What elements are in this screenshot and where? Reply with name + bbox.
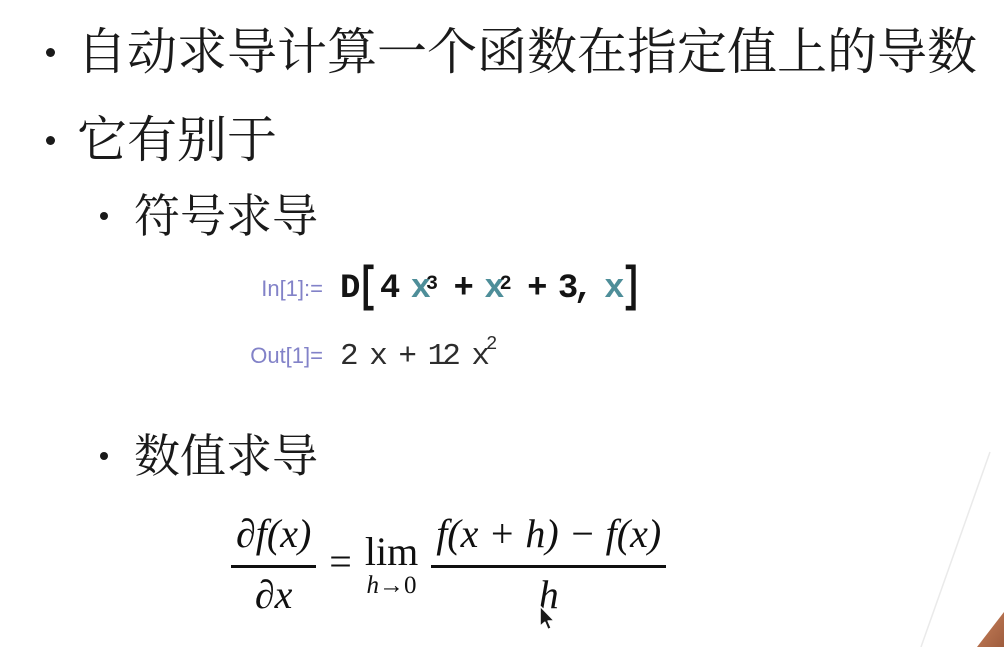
limit-variable: h	[367, 572, 380, 599]
code-token: 4	[380, 270, 411, 308]
fraction-numerator: f(x + h) − f(x)	[431, 512, 666, 568]
bullet-item-differs-from: 它有别于	[46, 110, 277, 170]
bullet-text: 数值求导	[134, 428, 318, 484]
mathematica-output-row: Out[1]= 2 x + 12 x2	[243, 336, 497, 376]
fraction-left: ∂f(x) ∂x	[231, 512, 316, 617]
bullet-text: 符号求导	[134, 188, 318, 244]
bullet-text: 自动求导计算一个函数在指定值上的导数	[77, 22, 977, 82]
bullet-text: 它有别于	[77, 110, 277, 170]
mathematica-out-label: Out[1]=	[243, 343, 323, 369]
exponent: 2	[486, 333, 497, 355]
bullet-dot	[100, 212, 108, 220]
limit-arrow: →0	[379, 572, 417, 599]
sub-bullet-symbolic: 符号求导	[100, 188, 318, 244]
limit-subscript: h→0	[367, 573, 417, 599]
equals-sign: =	[329, 538, 352, 585]
code-variable-x: x	[604, 270, 619, 308]
slide: 自动求导计算一个函数在指定值上的导数 它有别于 符号求导 In[1]:= D[4…	[0, 0, 1004, 647]
fraction-right: f(x + h) − f(x) h	[431, 512, 666, 617]
code-variable-x: x	[411, 270, 426, 308]
mathematica-input-row: In[1]:= D[4 x3 + x2 + 3, x]	[243, 262, 644, 316]
limit-operator: lim	[365, 531, 418, 573]
bullet-dot	[46, 48, 55, 57]
code-token: + 3,	[512, 270, 604, 308]
sub-bullet-numerical: 数值求导	[100, 428, 318, 484]
diagonal-line	[921, 452, 990, 647]
bullet-item-autodiff: 自动求导计算一个函数在指定值上的导数	[46, 22, 977, 82]
fraction-denominator: h	[539, 568, 559, 617]
code-token: +	[438, 270, 484, 308]
limit-block: lim h→0	[365, 531, 418, 599]
code-token: D	[340, 270, 355, 308]
derivative-definition-formula: ∂f(x) ∂x = lim h→0 f(x + h) − f(x) h	[231, 512, 666, 617]
bullet-dot	[46, 136, 55, 145]
left-bracket: [	[355, 261, 379, 316]
bullet-dot	[100, 452, 108, 460]
code-token: 2 x + 12 x	[340, 339, 486, 374]
right-bracket: ]	[620, 261, 644, 316]
code-variable-x: x	[484, 270, 499, 308]
orange-triangle	[977, 612, 1004, 647]
mathematica-output-value: 2 x + 12 x2	[340, 339, 497, 374]
fraction-denominator: ∂x	[255, 568, 293, 617]
mathematica-in-label: In[1]:=	[243, 276, 323, 302]
fraction-numerator: ∂f(x)	[231, 512, 316, 568]
mathematica-input-code: D[4 x3 + x2 + 3, x]	[340, 270, 644, 308]
